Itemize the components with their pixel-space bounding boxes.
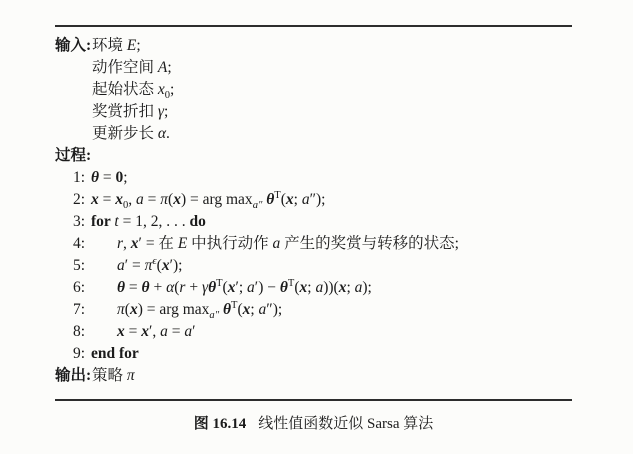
algorithm-box: 输入: 环境 E;动作空间 A;起始状态 x0;奖赏折扣 γ;更新步长 α. 过… — [55, 25, 572, 401]
algorithm-step: 2:x = x0, a = π(x) = arg maxa″ θT(x; a″)… — [55, 189, 572, 211]
input-lines: 环境 E;动作空间 A;起始状态 x0;奖赏折扣 γ;更新步长 α. — [92, 35, 572, 145]
bottom-rule — [55, 399, 572, 401]
step-number: 5: — [55, 255, 85, 277]
step-number: 2: — [55, 189, 85, 211]
figure-title: 线性值函数近似 Sarsa 算法 — [258, 416, 433, 432]
algorithm-step: 3:for t = 1, 2, . . . do — [55, 211, 572, 233]
input-label: 输入: — [55, 35, 92, 57]
output-section: 输出: 策略 π — [55, 365, 572, 387]
input-line: 动作空间 A; — [92, 57, 572, 79]
step-content: end for — [91, 343, 139, 365]
step-content: θ = 0; — [91, 167, 128, 189]
step-number: 3: — [55, 211, 85, 233]
step-content: r, x′ = 在 E 中执行动作 a 产生的奖赏与转移的状态; — [91, 233, 459, 255]
algorithm-body: 输入: 环境 E;动作空间 A;起始状态 x0;奖赏折扣 γ;更新步长 α. 过… — [55, 27, 572, 399]
input-line: 起始状态 x0; — [92, 79, 572, 101]
step-content: a′ = πϵ(x′); — [91, 255, 182, 277]
step-content: θ = θ + α(r + γθT(x′; a′) − θT(x; a))(x;… — [91, 277, 372, 299]
figure-number: 图 16.14 — [194, 416, 247, 432]
step-content: x = x0, a = π(x) = arg maxa″ θT(x; a″); — [91, 189, 326, 211]
algorithm-step: 9:end for — [55, 343, 572, 365]
step-content: x = x′, a = a′ — [91, 321, 196, 343]
step-number: 4: — [55, 233, 85, 255]
algorithm-steps: 1:θ = 0;2:x = x0, a = π(x) = arg maxa″ θ… — [55, 167, 572, 365]
algorithm-step: 5:a′ = πϵ(x′); — [55, 255, 572, 277]
figure-caption: 图 16.14线性值函数近似 Sarsa 算法 — [55, 414, 572, 434]
input-section: 输入: 环境 E;动作空间 A;起始状态 x0;奖赏折扣 γ;更新步长 α. — [55, 35, 572, 145]
algorithm-step: 4:r, x′ = 在 E 中执行动作 a 产生的奖赏与转移的状态; — [55, 233, 572, 255]
step-number: 8: — [55, 321, 85, 343]
step-number: 7: — [55, 299, 85, 321]
step-number: 9: — [55, 343, 85, 365]
output-label: 输出: — [55, 365, 92, 387]
input-line: 环境 E; — [92, 35, 572, 57]
step-number: 6: — [55, 277, 85, 299]
input-line: 更新步长 α. — [92, 123, 572, 145]
step-content: π(x) = arg maxa″ θT(x; a″); — [91, 299, 282, 321]
algorithm-step: 8:x = x′, a = a′ — [55, 321, 572, 343]
algorithm-step: 1:θ = 0; — [55, 167, 572, 189]
step-content: for t = 1, 2, . . . do — [91, 211, 206, 233]
algorithm-step: 7:π(x) = arg maxa″ θT(x; a″); — [55, 299, 572, 321]
algorithm-step: 6:θ = θ + α(r + γθT(x′; a′) − θT(x; a))(… — [55, 277, 572, 299]
step-number: 1: — [55, 167, 85, 189]
input-line: 奖赏折扣 γ; — [92, 101, 572, 123]
process-label: 过程: — [55, 145, 572, 167]
output-value: 策略 π — [92, 365, 572, 387]
